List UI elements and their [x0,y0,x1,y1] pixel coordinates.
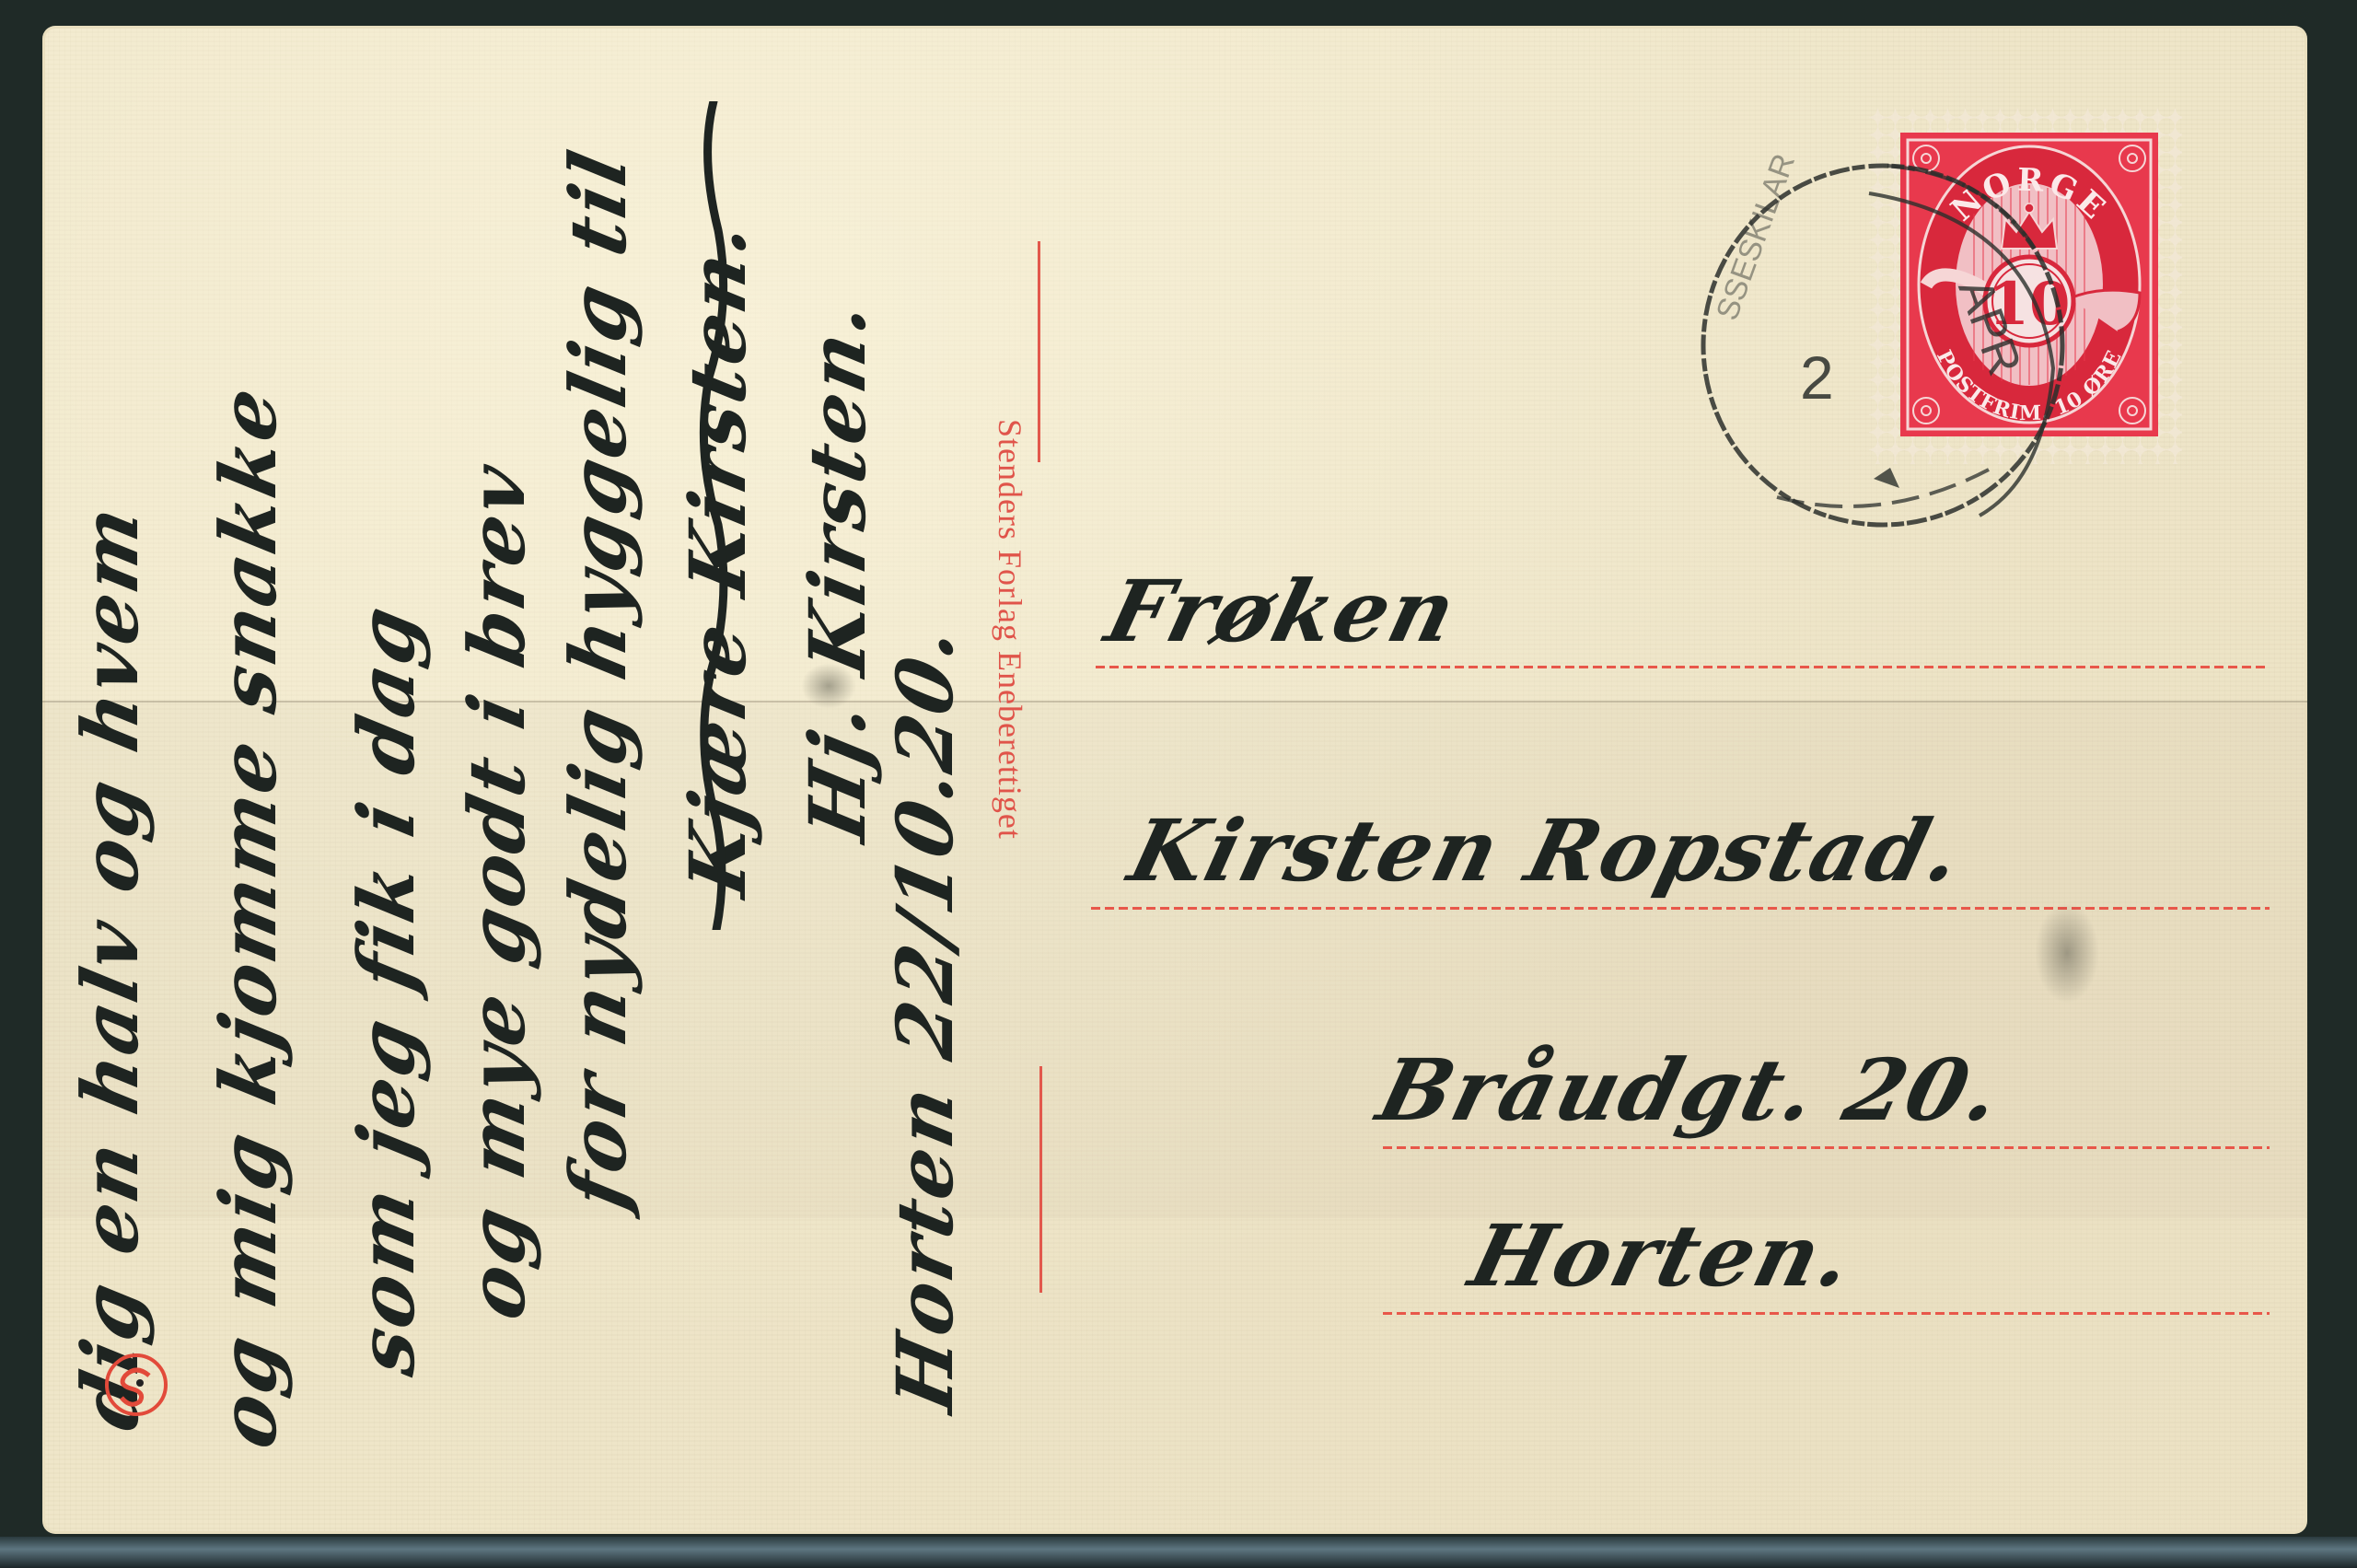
address-line-3 [1383,1146,2270,1149]
greeting-underline [681,101,746,930]
message-line-4: og mye godt i brev [451,455,542,1327]
svg-text:2: 2 [1800,343,1834,412]
address-line-4 [1383,1312,2270,1315]
svg-text:APR: APR [1947,272,2031,382]
address-line-1 [1096,666,2270,668]
message-date: Horten 22/10.20. [879,617,970,1419]
publisher-imprint: Stenders Forlag Eneberettiget [991,419,1029,840]
address-street: Bråudgt. 20. [1369,1040,2013,1140]
ink-smudge [2035,902,2099,1004]
message-line-2: og mig kjomme snakke [203,377,294,1457]
ink-smudge [801,663,856,709]
scan-bottom-rim [0,1537,2357,1568]
message-line-3: som jeg fik i dag [341,596,432,1382]
divider-line-top [1038,241,1040,462]
address-city: Horten. [1461,1206,1864,1306]
postmark-cancel: 2 APR SSESKILAR [1685,138,2072,543]
spiral-logo-icon [103,1352,169,1418]
divider-line-bottom [1039,1066,1042,1293]
address-salutation: Frøken [1097,562,1468,661]
message-line-1: dig en halv og hvem [64,496,156,1437]
message-line-5: for nydelig hyggelig til [552,141,644,1216]
address-line-2 [1091,907,2270,910]
address-name: Kirsten Ropstad. [1120,801,1973,900]
svg-text:SSESKILAR: SSESKILAR [1710,149,1802,325]
message-header: Hj. Kirsten. [792,292,883,848]
